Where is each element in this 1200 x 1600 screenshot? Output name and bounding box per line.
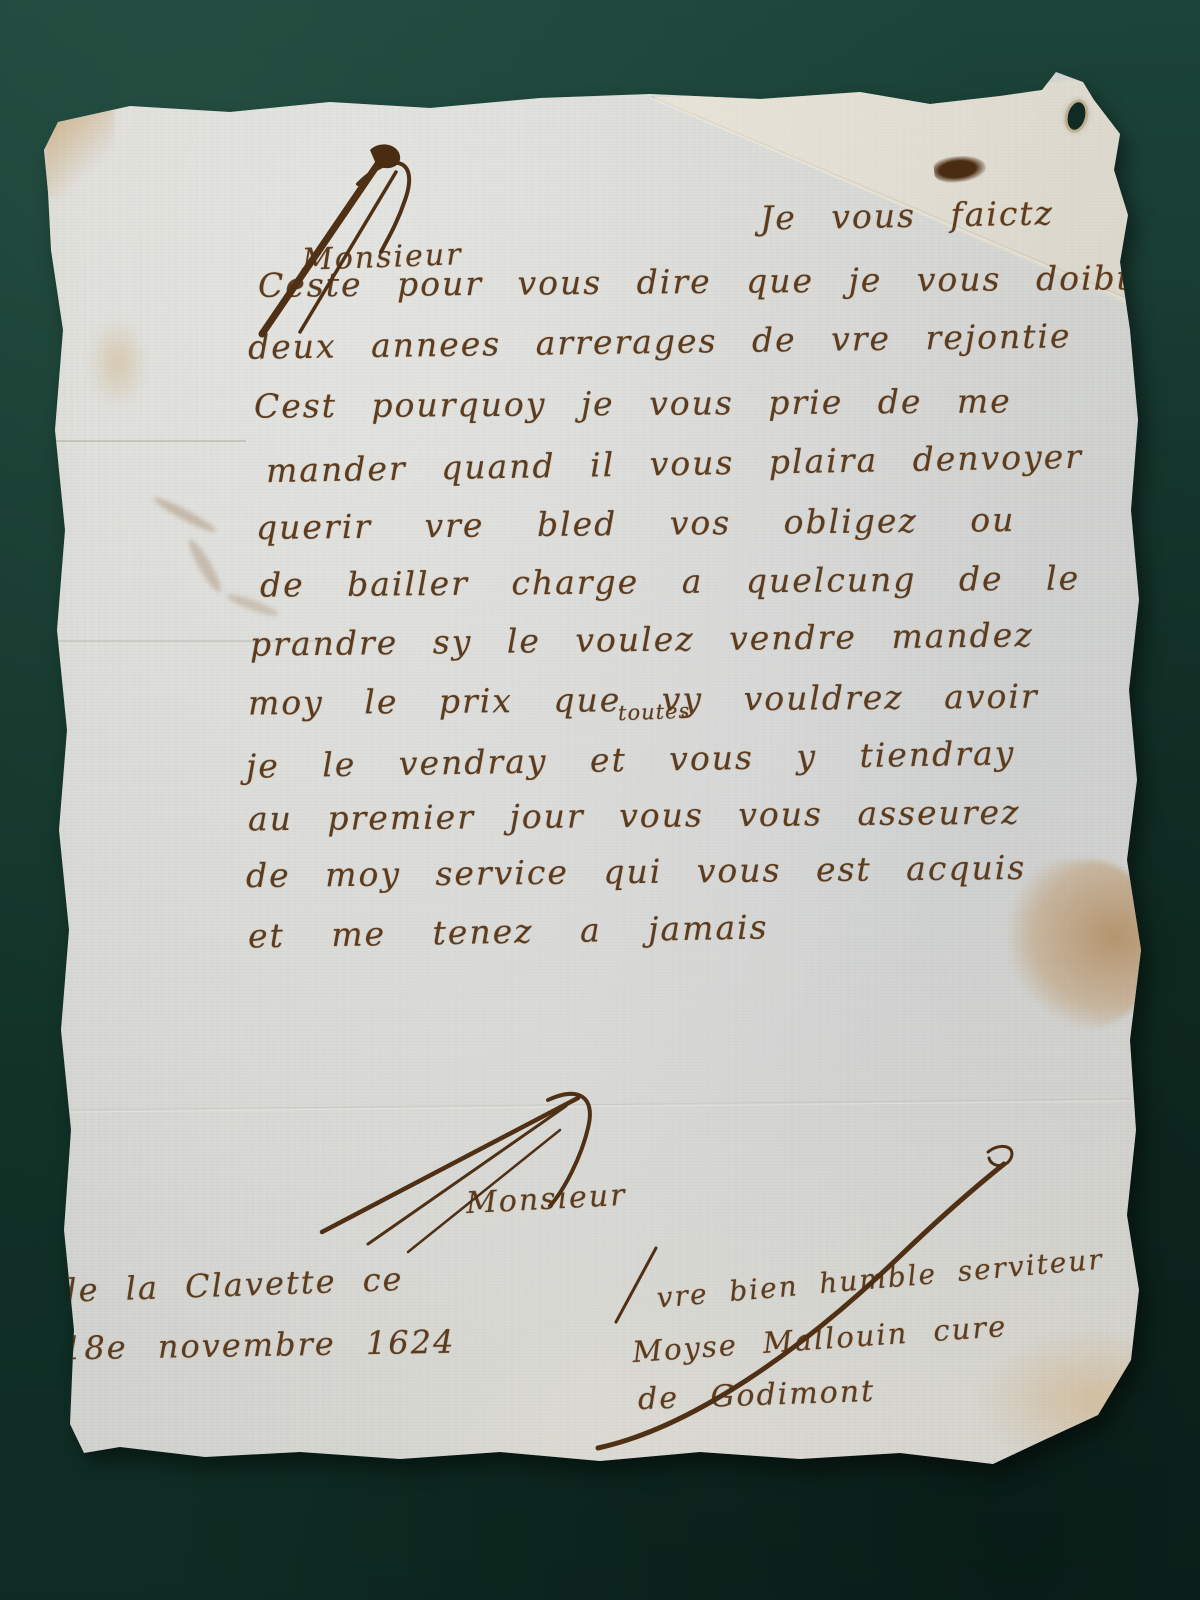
body-line-2: deux annees arrerages de vre rejontie	[248, 316, 1072, 366]
body-line-6: de bailler charge a quelcung de le	[260, 558, 1080, 604]
stain-left-margin-faint	[88, 318, 148, 408]
ink-blot-top	[933, 153, 987, 184]
signature-line-3: de Godimont	[637, 1374, 875, 1417]
body-line-7: prandre sy le voulez vendre mandez	[250, 615, 1034, 664]
body-line-9: je le vendray et vous y tiendray	[246, 733, 1016, 785]
body-line-11: de moy service qui vous est acquis	[246, 848, 1027, 895]
opening-phrase: Je vous faictz	[760, 193, 1055, 237]
fold-crease-horizontal-middle	[62, 1098, 1132, 1112]
fold-crease-left-upper	[56, 440, 246, 442]
stain-right-edge-brown	[1010, 860, 1160, 1030]
body-line-1: Ceste pour vous dire que je vous doibtz	[258, 258, 1152, 305]
show-through-mark-1	[152, 494, 219, 536]
signature-line-2: Moyse Mallouin cure	[631, 1309, 1008, 1369]
signature-paraph-hook	[988, 1146, 1012, 1165]
dateline-date: 18e novembre 1624	[62, 1323, 456, 1368]
body-line-10: au premier jour vous vous asseurez	[248, 793, 1021, 839]
flourish-bottom-m-stroke-2	[368, 1106, 566, 1244]
paper-shadow-wrap: Monsieur Je vous faictz Ceste pour vous …	[0, 0, 1200, 1600]
flourish-top-m-blob	[370, 144, 400, 168]
interline-insertion: toutes	[618, 699, 691, 726]
stain-top-left-corner	[44, 108, 114, 198]
signature-paraph-slash	[616, 1248, 656, 1322]
paper-hole	[1065, 100, 1088, 131]
body-line-3: Cest pourquoy je vous prie de me	[254, 381, 1012, 425]
body-line-4: mander quand il vous plaira denvoyer	[266, 437, 1084, 490]
show-through-mark-2	[185, 537, 225, 595]
body-line-5: querir vre bled vos obligez ou	[256, 500, 1016, 547]
closing-salutation-word: Monsieur	[465, 1178, 627, 1221]
body-line-12: et me tenez a jamais	[248, 907, 769, 955]
signature-line-1: vre bien humble serviteur	[655, 1243, 1105, 1315]
stain-bottom-right-cream	[980, 1330, 1170, 1470]
photo-background: Monsieur Je vous faictz Ceste pour vous …	[0, 0, 1200, 1600]
letter-paper-sheet: Monsieur Je vous faictz Ceste pour vous …	[0, 0, 1200, 1600]
dateline-place: de la Clavette ce	[55, 1260, 404, 1310]
